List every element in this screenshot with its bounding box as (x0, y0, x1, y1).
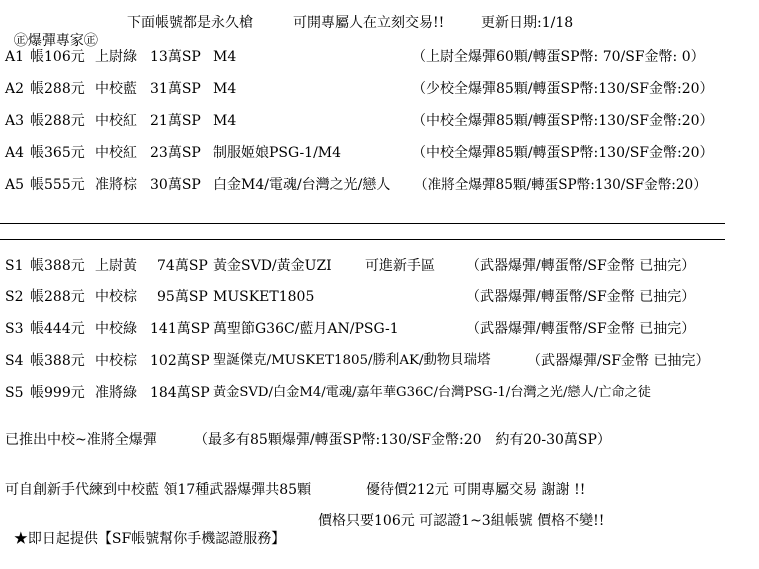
badge-left: ㊣ (14, 33, 28, 49)
account-note: （中校全爆彈85顆/轉蛋SP幣:130/SF金幣:20） (412, 144, 714, 162)
account-note: （武器爆彈/轉蛋幣/SF金幣 已抽完） (466, 257, 695, 275)
account-id: A2 (5, 80, 24, 98)
update-date: 更新日期:1/18 (481, 14, 573, 32)
account-note: （少校全爆彈85顆/轉蛋SP幣:130/SF金幣:20） (412, 80, 714, 98)
account-sp: 13萬SP (150, 48, 201, 66)
account-note: （上尉全爆彈60顆/轉蛋SP幣: 70/SF金幣: 0） (412, 48, 705, 66)
launch-text: 已推出中校~准將全爆彈 (5, 431, 157, 449)
service-price: 價格只要106元 可認證1~3組帳號 價格不變!! (318, 512, 604, 530)
account-price: 帳288元 (30, 288, 85, 306)
account-id: S3 (5, 320, 24, 338)
account-rank: 上尉黃 (95, 257, 137, 275)
account-weapons: M4 (213, 80, 236, 98)
star-icon: ★ (14, 531, 28, 547)
account-sp: 184萬SP (150, 384, 210, 402)
account-sp: 30萬SP (150, 176, 201, 194)
account-price: 帳288元 (30, 112, 85, 130)
account-price: 帳555元 (30, 176, 85, 194)
account-weapons: 黃金SVD/黃金UZI (213, 257, 332, 275)
account-note: （武器爆彈/轉蛋幣/SF金幣 已抽完） (466, 320, 695, 338)
account-rank: 中校藍 (95, 80, 137, 98)
account-rank: 中校紅 (95, 144, 137, 162)
account-weapons: 黃金SVD/白金M4/電魂/嘉年華G36C/台灣PSG-1/台灣之光/戀人/亡命… (213, 384, 651, 402)
divider (0, 239, 725, 240)
account-rank: 中校棕 (95, 288, 137, 306)
account-weapons: 聖誕傑克/MUSKET1805/勝利AK/動物貝瑞塔 (213, 352, 490, 370)
header-subtitle: 下面帳號都是永久槍 (127, 14, 253, 32)
account-rank: 中校綠 (95, 320, 137, 338)
account-weapons: 制服姬娘PSG-1/M4 (213, 144, 341, 162)
account-rank: 中校紅 (95, 112, 137, 130)
page-title: 爆彈專家 (28, 33, 84, 49)
account-rank: 准將綠 (95, 384, 137, 402)
account-price: 帳288元 (30, 80, 85, 98)
account-note: （准將全爆彈85顆/轉蛋SP幣:130/SF金幣:20） (414, 176, 707, 194)
header-notice: 可開專屬人在立刻交易!! (293, 14, 444, 32)
account-price: 帳999元 (30, 384, 85, 402)
account-sp: 23萬SP (150, 144, 201, 162)
account-price: 帳444元 (30, 320, 85, 338)
divider (0, 223, 725, 224)
training-text: 可自創新手代練到中校藍 領17種武器爆彈共85顆 (5, 481, 311, 499)
account-weapons: 萬聖節G36C/藍月AN/PSG-1 (213, 320, 399, 338)
account-id: S2 (5, 288, 24, 306)
account-sp: 102萬SP (150, 352, 210, 370)
account-rank: 准將棕 (95, 176, 137, 194)
account-price: 帳106元 (30, 48, 85, 66)
account-note: （武器爆彈/SF金幣 已抽完） (527, 352, 709, 370)
account-sp: 21萬SP (150, 112, 201, 130)
training-price: 優待價212元 可開專屬交易 謝謝 !! (366, 481, 585, 499)
account-note: （中校全爆彈85顆/轉蛋SP幣:130/SF金幣:20） (412, 112, 714, 130)
account-price: 帳388元 (30, 352, 85, 370)
account-weapons: MUSKET1805 (213, 288, 314, 306)
badge-right: ㊣ (84, 33, 98, 49)
header-line: ㊣爆彈專家㊣ (5, 14, 98, 50)
account-price: 帳365元 (30, 144, 85, 162)
account-id: A4 (5, 144, 24, 162)
account-weapons: M4 (213, 48, 236, 66)
account-weapons: 白金M4/電魂/台灣之光/戀人 (213, 176, 390, 194)
account-sp: 74萬SP (157, 257, 208, 275)
account-id: S5 (5, 384, 24, 402)
account-sp: 141萬SP (150, 320, 210, 338)
account-id: S1 (5, 257, 24, 275)
account-rank: 中校棕 (95, 352, 137, 370)
account-rank: 上尉綠 (95, 48, 137, 66)
service-line: ★即日起提供【SF帳號幫你手機認證服務】 (5, 512, 285, 548)
account-id: A1 (5, 48, 24, 66)
launch-note: （最多有85顆爆彈/轉蛋SP幣:130/SF金幣:20 約有20-30萬SP） (194, 431, 611, 449)
account-weapons: M4 (213, 112, 236, 130)
account-sp: 95萬SP (157, 288, 208, 306)
account-id: S4 (5, 352, 24, 370)
account-id: A3 (5, 112, 24, 130)
account-sp: 31萬SP (150, 80, 201, 98)
account-price: 帳388元 (30, 257, 85, 275)
account-extra: 可進新手區 (365, 257, 435, 275)
account-note: （武器爆彈/轉蛋幣/SF金幣 已抽完） (466, 288, 695, 306)
account-id: A5 (5, 176, 24, 194)
service-text: 即日起提供【SF帳號幫你手機認證服務】 (28, 531, 285, 547)
